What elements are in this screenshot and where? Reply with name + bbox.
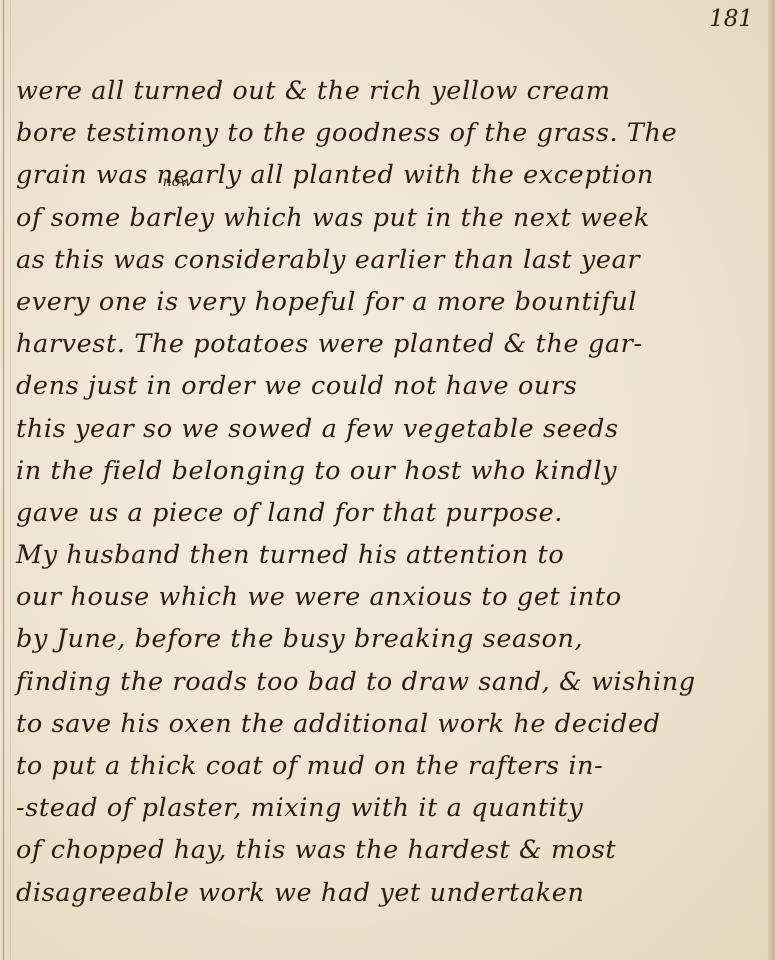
text-line-6: every one is very hopeful for a more bou…	[16, 281, 761, 323]
page-edge	[768, 0, 775, 960]
text-line-12: My husband then turned his attention to	[16, 534, 761, 576]
text-line-14: by June, before the busy breaking season…	[16, 618, 761, 660]
text-line-4: of some barley which was put in the next…	[16, 197, 761, 239]
text-line-7: harvest. The potatoes were planted & the…	[16, 323, 761, 365]
text-line-1: were all turned out & the rich yellow cr…	[16, 70, 761, 112]
text-line-16: to save his oxen the additional work he …	[16, 703, 761, 745]
text-line-8: dens just in order we could not have our…	[16, 365, 761, 407]
page-number: 181	[709, 6, 753, 32]
left-margin-rule-faint	[10, 0, 11, 960]
text-line-5: as this was considerably earlier than la…	[16, 239, 761, 281]
text-line-18: -stead of plaster, mixing with it a quan…	[16, 787, 761, 829]
text-line-19: of chopped hay, this was the hardest & m…	[16, 829, 761, 871]
handwritten-text-body: were all turned out & the rich yellow cr…	[16, 70, 761, 914]
text-line-3: grain was now^nearly all planted with th…	[16, 154, 761, 196]
text-line-13: our house which we were anxious to get i…	[16, 576, 761, 618]
text-line-3-before: grain was	[16, 160, 157, 190]
text-line-20: disagreeable work we had yet undertaken	[16, 872, 761, 914]
text-line-10: in the field belonging to our host who k…	[16, 450, 761, 492]
text-line-17: to put a thick coat of mud on the rafter…	[16, 745, 761, 787]
caret-mark: ^	[165, 197, 177, 239]
manuscript-page: 181 were all turned out & the rich yello…	[0, 0, 775, 960]
text-line-3-after: nearly all planted with the exception	[157, 160, 654, 190]
text-line-15: finding the roads too bad to draw sand, …	[16, 661, 761, 703]
text-line-2: bore testimony to the goodness of the gr…	[16, 112, 761, 154]
text-line-9: this year so we sowed a few vegetable se…	[16, 408, 761, 450]
text-line-11: gave us a piece of land for that purpose…	[16, 492, 761, 534]
left-margin-rule	[3, 0, 4, 960]
